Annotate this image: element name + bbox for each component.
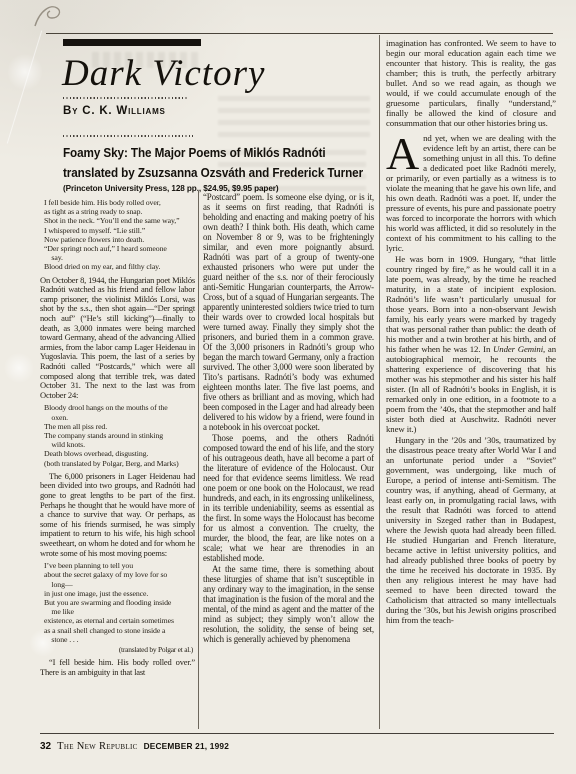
book-title-line2: translated by Zsuzsanna Ozsváth and Fred… — [63, 163, 363, 183]
poem-line: I fell beside him. His body rolled over, — [44, 198, 195, 207]
poem-line: The company stands around in stinking — [44, 431, 195, 440]
column-middle: “Postcard” poem. Is someone else dying, … — [203, 192, 374, 730]
poem-line: I whispered to myself. “Lie still.” — [44, 226, 195, 235]
body-paragraph: And yet, when we are dealing with the ev… — [386, 133, 556, 253]
body-paragraph: He was born in 1909. Hungary, “that litt… — [386, 254, 556, 434]
body-paragraph: imagination has confronted. We seem to h… — [386, 38, 556, 128]
byline: By C. K. Williams — [63, 105, 166, 117]
poem-excerpt: I’ve been planning to tell youabout the … — [44, 561, 195, 654]
body-paragraph: The 6,000 prisoners in Lager Heidenau ha… — [40, 472, 195, 558]
column-right: imagination has confronted. We seem to h… — [386, 38, 556, 730]
column-rule — [198, 191, 199, 729]
poem-line: say. — [44, 253, 195, 262]
pen-squiggle-mark — [30, 2, 70, 30]
scan-blemish — [8, 52, 42, 92]
poem-excerpt: I fell beside him. His body rolled over,… — [44, 198, 195, 272]
poem-line: as a snail shell changed to stone inside… — [44, 626, 195, 635]
book-title-line1: Foamy Sky: The Major Poems of Miklós Rad… — [63, 143, 363, 163]
magazine-name: The New Republic — [57, 741, 137, 752]
body-paragraph: On October 8, 1944, the Hungarian poet M… — [40, 276, 195, 401]
poem-line: in just one image, just the essence. — [44, 589, 195, 598]
poem-line: me like — [44, 607, 195, 616]
poem-line: The men all piss red. — [44, 422, 195, 431]
body-paragraph: At the same time, there is something abo… — [203, 564, 374, 644]
article-title: Dark Victory — [62, 52, 265, 95]
bleedthrough-artifact — [218, 96, 370, 142]
body-paragraph: “Postcard” poem. Is someone else dying, … — [203, 192, 374, 432]
body-paragraph: Those poems, and the others Radnóti comp… — [203, 433, 374, 563]
column-rule — [379, 35, 380, 729]
poem-line: as tight as a string ready to snap. — [44, 207, 195, 216]
magazine-page: Dark Victory By C. K. Williams Foamy Sky… — [0, 0, 576, 774]
issue-date: December 21, 1992 — [144, 741, 229, 751]
poem-line: oxen. — [44, 413, 195, 422]
poem-line: But you are swarming and flooding inside — [44, 598, 195, 607]
scan-blemish — [4, 352, 34, 384]
drop-cap: A — [386, 133, 423, 171]
poem-line: Bloody drool hangs on the mouths of the — [44, 403, 195, 412]
dotted-rule — [63, 97, 189, 99]
footer-rule — [40, 733, 554, 734]
poem-line: Now patience flowers into death. — [44, 235, 195, 244]
poem-line: about the secret galaxy of my love for s… — [44, 570, 195, 579]
dotted-rule — [63, 135, 193, 137]
poem-line: stone . . . — [44, 635, 195, 644]
poem-line: long— — [44, 580, 195, 589]
column-left: I fell beside him. His body rolled over,… — [40, 195, 195, 728]
reviewed-book-title: Foamy Sky: The Major Poems of Miklós Rad… — [63, 143, 363, 182]
body-paragraph: “I fell beside him. His body rolled over… — [40, 658, 195, 677]
poem-line: Blood dried on my ear, and filthy clay. — [44, 262, 195, 271]
poem-line: Shot in the neck. “You’ll end the same w… — [44, 216, 195, 225]
poem-line: I’ve been planning to tell you — [44, 561, 195, 570]
body-paragraph: Hungary in the ’20s and ’30s, traumatize… — [386, 435, 556, 625]
top-rule — [46, 33, 553, 34]
poem-line: “Der springt noch auf,” I heard someone — [44, 244, 195, 253]
poem-line: (both translated by Polgar, Berg, and Ma… — [44, 459, 195, 468]
poem-excerpt: Bloody drool hangs on the mouths of the … — [44, 403, 195, 467]
page-footer: 32 The New Republic December 21, 1992 — [40, 741, 229, 752]
headline-bar — [63, 39, 201, 46]
poem-line: existence, as eternal and certain someti… — [44, 616, 195, 625]
page-number: 32 — [40, 741, 51, 752]
poem-line: Death blows overhead, disgusting. — [44, 449, 195, 458]
translation-credit: (translated by Polgar et al.) — [44, 645, 195, 654]
poem-line: wild knots. — [44, 440, 195, 449]
